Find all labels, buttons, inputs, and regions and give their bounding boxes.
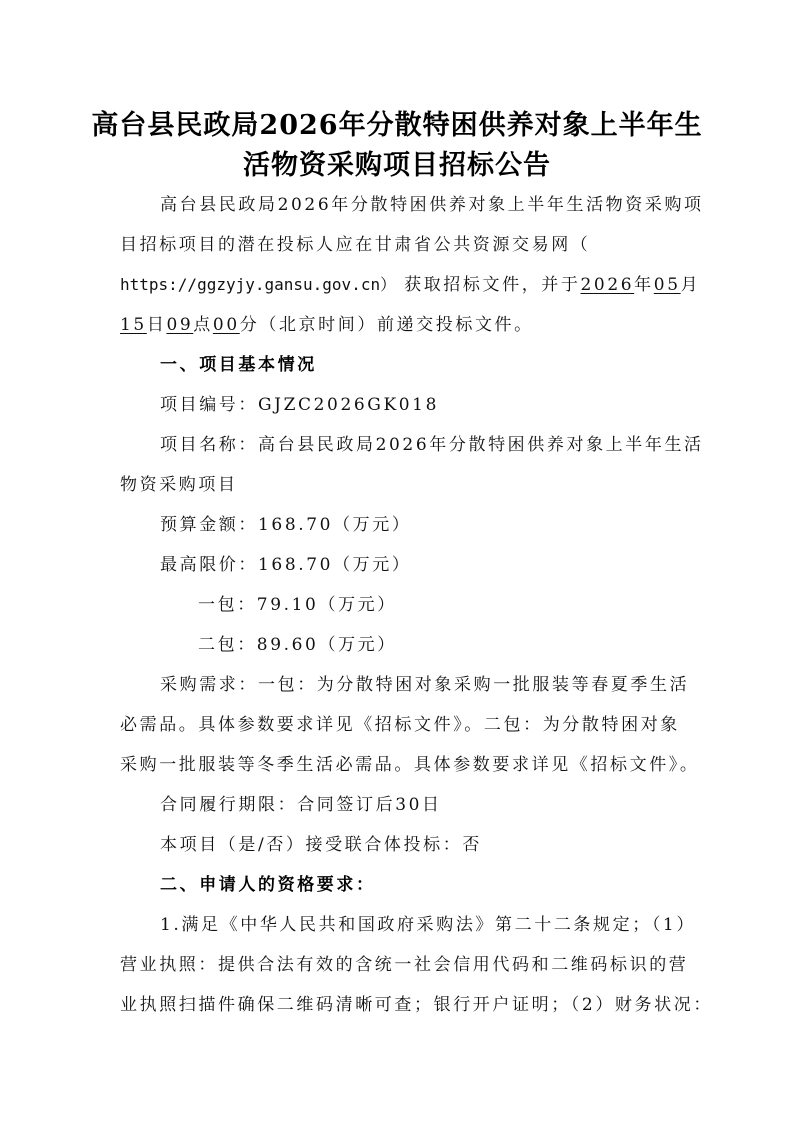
intro-line-4: 15日09点00分（北京时间）前递交投标文件。	[120, 310, 534, 335]
intro-line-1: 高台县民政局2026年分散特困供养对象上半年生活物资采购项	[160, 190, 704, 215]
consortium-bidding: 本项目（是/否）接受联合体投标：否	[160, 830, 482, 855]
qualification-item-1-line-2: 营业执照：提供合法有效的含统一社会信用代码和二维码标识的营	[120, 950, 688, 975]
requirement-line-3: 采购一批服装等冬季生活必需品。具体参数要求详见《招标文件》。	[120, 750, 700, 775]
deadline-month: 05	[654, 275, 681, 295]
requirement-line-1: 采购需求：一包：为分散特困对象采购一批服装等春夏季生活	[160, 670, 689, 695]
document-title-line-1: 高台县民政局2026年分散特困供养对象上半年生	[0, 103, 794, 142]
deadline-minute: 00	[213, 315, 240, 335]
project-name-line-2: 物资采购项目	[120, 470, 238, 495]
intro-line-2: 目招标项目的潜在投标人应在甘肃省公共资源交易网（	[120, 230, 590, 255]
intro-line-3-text: 获取招标文件，并于	[396, 275, 580, 295]
qualification-item-1-line-1: 1.满足《中华人民共和国政府采购法》第二十二条规定；（1）	[160, 910, 696, 935]
project-name-line-1: 项目名称：高台县民政局2026年分散特困供养对象上半年生活	[160, 430, 704, 455]
budget-amount: 预算金额：168.70（万元）	[160, 510, 411, 535]
contract-period: 合同履行期限：合同签订后30日	[160, 790, 442, 815]
deadline-year: 2026	[581, 275, 635, 295]
deadline-hour: 09	[166, 315, 193, 335]
qualification-item-1-line-3: 业执照扫描件确保二维码清晰可查；银行开户证明；（2）财务状况：	[120, 990, 713, 1015]
intro-line-4-tail: （北京时间）前递交投标文件。	[259, 315, 533, 335]
month-unit: 月	[681, 275, 701, 295]
day-unit: 日	[147, 315, 167, 335]
minute-unit: 分	[240, 315, 260, 335]
section-1-heading: 一、项目基本情况	[160, 350, 317, 375]
lot-2-price: 二包：89.60（万元）	[198, 630, 397, 655]
project-number: 项目编号：GJZC2026GK018	[160, 390, 439, 415]
lot-1-price: 一包：79.10（万元）	[198, 590, 397, 615]
portal-url-link[interactable]: https://ggzyjy.gansu.gov.cn）	[120, 275, 396, 294]
hour-unit: 点	[193, 315, 213, 335]
intro-line-3: https://ggzyjy.gansu.gov.cn） 获取招标文件，并于20…	[120, 270, 700, 295]
document-page: 高台县民政局2026年分散特困供养对象上半年生 活物资采购项目招标公告 高台县民…	[0, 0, 794, 1123]
year-unit: 年	[634, 275, 654, 295]
section-2-heading: 二、申请人的资格要求：	[160, 870, 376, 895]
document-title-line-2: 活物资采购项目招标公告	[0, 143, 794, 182]
requirement-line-2: 必需品。具体参数要求详见《招标文件》。二包：为分散特困对象	[120, 710, 680, 735]
deadline-day: 15	[120, 315, 147, 335]
max-price: 最高限价：168.70（万元）	[160, 550, 411, 575]
